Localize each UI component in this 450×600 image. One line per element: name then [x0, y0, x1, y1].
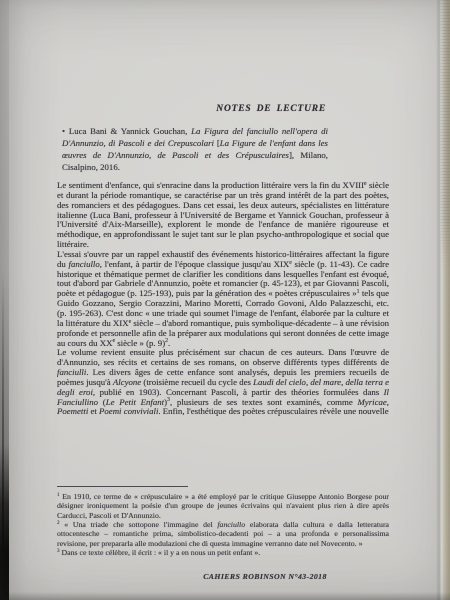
body-paragraph-2: L'essai s'ouvre par un rappel exhaustif …	[57, 250, 389, 348]
footnote-1: 1 En 1910, ce terme de « crépusculaire »…	[57, 492, 389, 520]
journal-page: NOTES DE LECTURE • Luca Bani & Yannick G…	[0, 0, 450, 600]
body-paragraph-3: Le volume revient ensuite plus préciséme…	[57, 348, 389, 417]
footnotes-block: 1 En 1910, ce terme de « crépusculaire »…	[57, 492, 389, 570]
book-page-photo: NOTES DE LECTURE • Luca Bani & Yannick G…	[0, 0, 450, 600]
review-citation: • Luca Bani & Yannick Gouchan, La Figura…	[62, 126, 328, 174]
section-header: NOTES DE LECTURE	[57, 104, 326, 114]
footnote-separator-rule	[57, 486, 188, 487]
body-paragraph-1: Le sentiment d'enfance, qui s'enracine d…	[57, 181, 389, 250]
review-body: Le sentiment d'enfance, qui s'enracine d…	[57, 181, 389, 484]
footnote-2: 2 « Una triade che sottopone l'immagine …	[57, 520, 389, 548]
journal-footer: CAHIERS ROBINSON N°43-2018	[200, 572, 330, 581]
footnote-3: 3 Dans ce texte célèbre, il écrit : « il…	[57, 548, 389, 557]
